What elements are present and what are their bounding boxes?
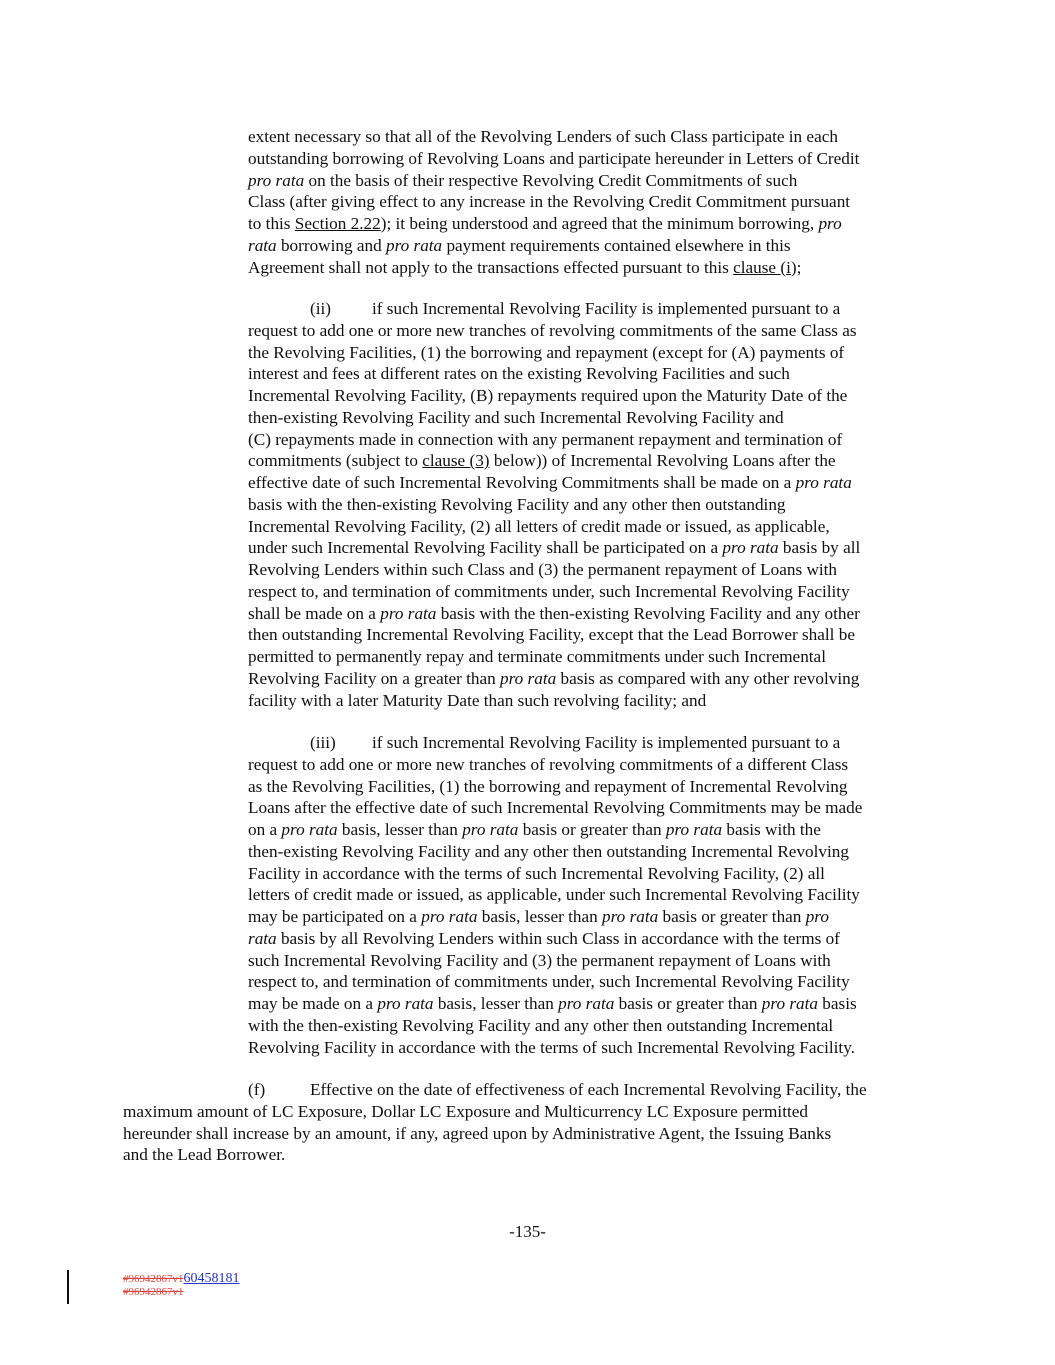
text-line: Agreement shall not apply to the transac… [248, 257, 859, 279]
italic-term: pro rata [421, 907, 477, 926]
text-run: Revolving Lenders within such Class and … [248, 560, 837, 579]
text-run: basis by all [779, 538, 861, 557]
text-run: interest and fees at different rates on … [248, 364, 790, 383]
text-run: basis by all Revolving Lenders within su… [277, 929, 840, 948]
italic-term: pro rata [500, 669, 556, 688]
document-id-footer: #96942867v160458181 #96942867v1 [123, 1272, 240, 1299]
text-run: request to add one or more new tranches … [248, 321, 857, 340]
text-run: basis [818, 994, 857, 1013]
text-line: Incremental Revolving Facility, (B) repa… [248, 385, 860, 407]
deleted-doc-id: #96942867v1 [123, 1273, 184, 1285]
text-run: then-existing Revolving Facility and any… [248, 842, 849, 861]
text-run: on the basis of their respective Revolvi… [304, 171, 797, 190]
text-line: interest and fees at different rates on … [248, 363, 860, 385]
text-run: (C) repayments made in connection with a… [248, 430, 842, 449]
clause-iii: (iii)if such Incremental Revolving Facil… [248, 732, 862, 1058]
text-line: hereunder shall increase by an amount, i… [123, 1123, 867, 1145]
text-run: the Revolving Facilities, (1) the borrow… [248, 343, 844, 362]
text-run: letters of credit made or issued, as app… [248, 885, 860, 904]
text-run: then-existing Revolving Facility and suc… [248, 408, 784, 427]
text-run: Incremental Revolving Facility, (2) all … [248, 517, 830, 536]
text-line: then-existing Revolving Facility and suc… [248, 407, 860, 429]
text-run: and the Lead Borrower. [123, 1145, 285, 1164]
text-line: facility with a later Maturity Date than… [248, 690, 860, 712]
italic-term: pro rata [462, 820, 518, 839]
text-line: Revolving Facility on a greater than pro… [248, 668, 860, 690]
text-line: rata borrowing and pro rata payment requ… [248, 235, 859, 257]
italic-term: rata [248, 929, 277, 948]
text-run: respect to, and termination of commitmen… [248, 972, 850, 991]
italic-term: pro rata [377, 994, 433, 1013]
text-run: to this [248, 214, 295, 233]
text-run: permitted to permanently repay and termi… [248, 647, 826, 666]
italic-term: pro rata [386, 236, 442, 255]
text-line: respect to, and termination of commitmen… [248, 581, 860, 603]
text-run: basis or greater than [518, 820, 665, 839]
text-run: with the then-existing Revolving Facilit… [248, 1016, 833, 1035]
text-line: effective date of such Incremental Revol… [248, 472, 860, 494]
text-run: maximum amount of LC Exposure, Dollar LC… [123, 1102, 808, 1121]
text-run: facility with a later Maturity Date than… [248, 691, 706, 710]
text-line: basis with the then-existing Revolving F… [248, 494, 860, 516]
text-run: ); it being understood and agreed that t… [381, 214, 819, 233]
text-run: basis or greater than [614, 994, 761, 1013]
text-run: extent necessary so that all of the Revo… [248, 127, 838, 146]
text-line: to this Section 2.22); it being understo… [248, 213, 859, 235]
text-line: Revolving Facility in accordance with th… [248, 1037, 862, 1059]
text-line: permitted to permanently repay and termi… [248, 646, 860, 668]
text-line: respect to, and termination of commitmen… [248, 971, 862, 993]
text-run: basis with the then-existing Revolving F… [248, 495, 786, 514]
text-run: shall be made on a [248, 604, 380, 623]
text-line: Incremental Revolving Facility, (2) all … [248, 516, 860, 538]
text-run: if such Incremental Revolving Facility i… [372, 299, 840, 318]
clause-label: (ii) [248, 298, 372, 320]
text-run: may be participated on a [248, 907, 421, 926]
text-run: as the Revolving Facilities, (1) the bor… [248, 777, 848, 796]
text-line: letters of credit made or issued, as app… [248, 884, 862, 906]
text-line: then-existing Revolving Facility and any… [248, 841, 862, 863]
text-run: commitments (subject to [248, 451, 422, 470]
text-line: rata basis by all Revolving Lenders with… [248, 928, 862, 950]
text-run: basis as compared with any other revolvi… [556, 669, 859, 688]
text-line: maximum amount of LC Exposure, Dollar LC… [123, 1101, 867, 1123]
text-run: under such Incremental Revolving Facilit… [248, 538, 722, 557]
text-run: hereunder shall increase by an amount, i… [123, 1124, 831, 1143]
text-line: shall be made on a pro rata basis with t… [248, 603, 860, 625]
text-run: ; [797, 258, 802, 277]
text-line: on a pro rata basis, lesser than pro rat… [248, 819, 862, 841]
text-run: outstanding borrowing of Revolving Loans… [248, 149, 859, 168]
text-line: outstanding borrowing of Revolving Loans… [248, 148, 859, 170]
text-line: commitments (subject to clause (3) below… [248, 450, 860, 472]
text-line: and the Lead Borrower. [123, 1144, 867, 1166]
text-run: basis, lesser than [477, 907, 602, 926]
text-line: the Revolving Facilities, (1) the borrow… [248, 342, 860, 364]
cross-reference: Section 2.22 [295, 214, 381, 233]
text-line: request to add one or more new tranches … [248, 754, 862, 776]
document-page: extent necessary so that all of the Revo… [0, 0, 1055, 1365]
text-line: Class (after giving effect to any increa… [248, 191, 859, 213]
italic-term: pro rata [602, 907, 658, 926]
cross-reference: clause (3) [422, 451, 489, 470]
text-line: such Incremental Revolving Facility and … [248, 950, 862, 972]
clause-label: (f) [248, 1079, 310, 1101]
text-line: Revolving Lenders within such Class and … [248, 559, 860, 581]
text-line: extent necessary so that all of the Revo… [248, 126, 859, 148]
text-line: may be made on a pro rata basis, lesser … [248, 993, 862, 1015]
clause-ii: (ii)if such Incremental Revolving Facili… [248, 298, 860, 711]
italic-term: pro rata [281, 820, 337, 839]
text-run: borrowing and [277, 236, 386, 255]
text-line: (C) repayments made in connection with a… [248, 429, 860, 451]
italic-term: pro [806, 907, 829, 926]
text-run: request to add one or more new tranches … [248, 755, 848, 774]
text-run: respect to, and termination of commitmen… [248, 582, 850, 601]
clause-label: (iii) [248, 732, 372, 754]
italic-term: pro rata [762, 994, 818, 1013]
text-run: effective date of such Incremental Revol… [248, 473, 796, 492]
text-line: (f)Effective on the date of effectivenes… [123, 1079, 867, 1101]
text-run: Loans after the effective date of such I… [248, 798, 862, 817]
cross-reference: clause (i) [733, 258, 796, 277]
text-line: then outstanding Incremental Revolving F… [248, 624, 860, 646]
italic-term: pro rata [248, 171, 304, 190]
text-line: (ii)if such Incremental Revolving Facili… [248, 298, 860, 320]
clause-f: (f)Effective on the date of effectivenes… [123, 1079, 867, 1166]
text-run: such Incremental Revolving Facility and … [248, 951, 831, 970]
text-line: Facility in accordance with the terms of… [248, 863, 862, 885]
deleted-doc-id-2: #96942867v1 [123, 1286, 184, 1298]
text-line: as the Revolving Facilities, (1) the bor… [248, 776, 862, 798]
italic-term: pro rata [380, 604, 436, 623]
text-line: under such Incremental Revolving Facilit… [248, 537, 860, 559]
text-run: Facility in accordance with the terms of… [248, 864, 825, 883]
page-number: -135- [0, 1222, 1055, 1242]
italic-term: pro rata [558, 994, 614, 1013]
text-run: Agreement shall not apply to the transac… [248, 258, 733, 277]
text-run: basis with the [722, 820, 821, 839]
change-bar [67, 1270, 69, 1304]
text-run: may be made on a [248, 994, 377, 1013]
text-line: pro rata on the basis of their respectiv… [248, 170, 859, 192]
text-run: basis, lesser than [434, 994, 559, 1013]
text-run: Revolving Facility in accordance with th… [248, 1038, 855, 1057]
italic-term: pro rata [796, 473, 852, 492]
italic-term: rata [248, 236, 277, 255]
text-run: if such Incremental Revolving Facility i… [372, 733, 840, 752]
text-run: basis or greater than [658, 907, 805, 926]
text-line: Loans after the effective date of such I… [248, 797, 862, 819]
italic-term: pro [818, 214, 841, 233]
text-run: on a [248, 820, 281, 839]
text-run: then outstanding Incremental Revolving F… [248, 625, 855, 644]
text-run: below)) of Incremental Revolving Loans a… [490, 451, 836, 470]
paragraph-continuation: extent necessary so that all of the Revo… [248, 126, 859, 278]
text-run: Effective on the date of effectiveness o… [310, 1080, 867, 1099]
italic-term: pro rata [666, 820, 722, 839]
text-run: Revolving Facility on a greater than [248, 669, 500, 688]
text-run: payment requirements contained elsewhere… [442, 236, 790, 255]
italic-term: pro rata [722, 538, 778, 557]
text-run: Incremental Revolving Facility, (B) repa… [248, 386, 847, 405]
text-line: may be participated on a pro rata basis,… [248, 906, 862, 928]
inserted-doc-id: 60458181 [184, 1271, 240, 1286]
text-line: request to add one or more new tranches … [248, 320, 860, 342]
text-run: Class (after giving effect to any increa… [248, 192, 850, 211]
text-line: (iii)if such Incremental Revolving Facil… [248, 732, 862, 754]
text-line: with the then-existing Revolving Facilit… [248, 1015, 862, 1037]
text-run: basis, lesser than [338, 820, 463, 839]
text-run: basis with the then-existing Revolving F… [436, 604, 859, 623]
